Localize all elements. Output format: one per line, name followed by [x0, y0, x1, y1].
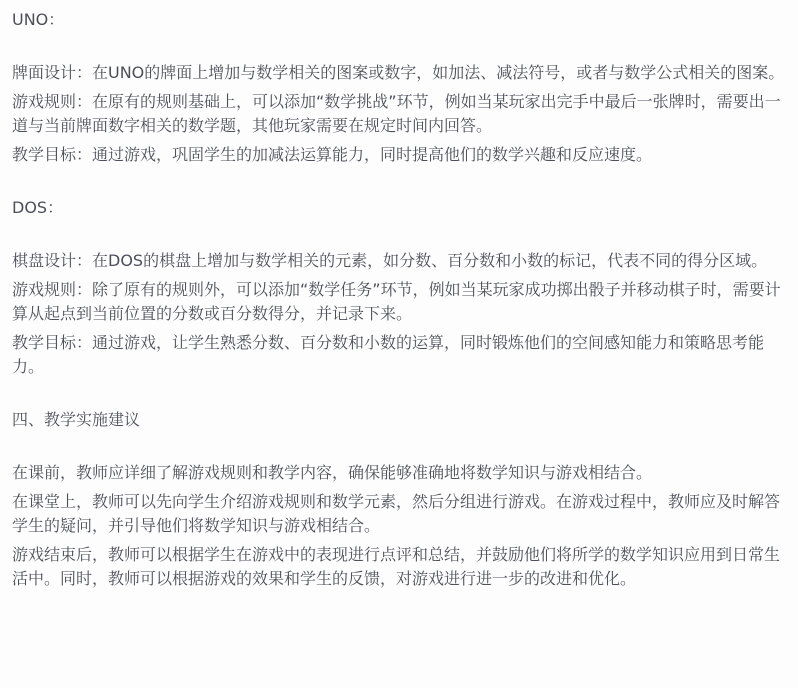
section-heading-dos: DOS：	[12, 196, 788, 220]
spacer	[12, 167, 788, 196]
after-game-advice: 游戏结束后，教师可以根据学生在游戏中的表现进行点评和总结，并鼓励他们将所学的数学…	[12, 543, 788, 591]
spacer	[12, 32, 788, 61]
uno-details: 牌面设计：在UNO的牌面上增加与数学相关的图案或数字，如加法、减法符号，或者与数…	[12, 61, 788, 167]
section-heading-uno: UNO：	[12, 8, 788, 32]
uno-teaching-goal: 教学目标：通过游戏，巩固学生的加减法运算能力，同时提高他们的数学兴趣和反应速度。	[12, 143, 788, 167]
spacer	[12, 432, 788, 461]
spacer	[12, 220, 788, 249]
dos-board-design: 棋盘设计：在DOS的棋盘上增加与数学相关的元素，如分数、百分数和小数的标记，代表…	[12, 249, 788, 273]
dos-game-rules: 游戏规则：除了原有的规则外，可以添加“数学任务”环节，例如当某玩家成功掷出骰子并…	[12, 278, 788, 326]
implementation-details: 在课前，教师应详细了解游戏规则和教学内容，确保能够准确地将数学知识与游戏相结合。…	[12, 461, 788, 591]
dos-teaching-goal: 教学目标：通过游戏，让学生熟悉分数、百分数和小数的运算，同时锻炼他们的空间感知能…	[12, 331, 788, 379]
in-class-advice: 在课堂上，教师可以先向学生介绍游戏规则和数学元素，然后分组进行游戏。在游戏过程中…	[12, 490, 788, 538]
section-heading-implementation: 四、教学实施建议	[12, 408, 788, 432]
before-class-advice: 在课前，教师应详细了解游戏规则和教学内容，确保能够准确地将数学知识与游戏相结合。	[12, 461, 788, 485]
uno-card-design: 牌面设计：在UNO的牌面上增加与数学相关的图案或数字，如加法、减法符号，或者与数…	[12, 61, 788, 85]
uno-game-rules: 游戏规则：在原有的规则基础上，可以添加“数学挑战”环节，例如当某玩家出完手中最后…	[12, 90, 788, 138]
spacer	[12, 379, 788, 408]
document-body: UNO： 牌面设计：在UNO的牌面上增加与数学相关的图案或数字，如加法、减法符号…	[0, 0, 798, 591]
dos-details: 棋盘设计：在DOS的棋盘上增加与数学相关的元素，如分数、百分数和小数的标记，代表…	[12, 249, 788, 379]
